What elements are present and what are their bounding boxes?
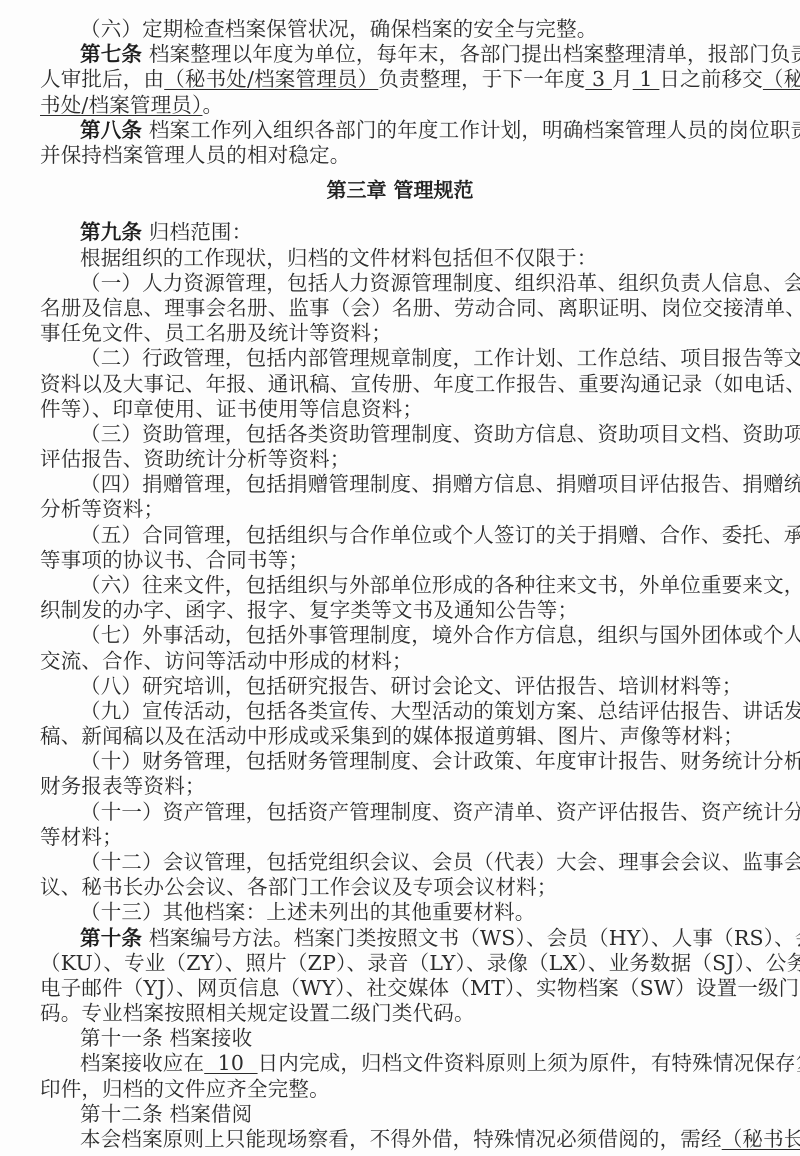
text: （六）往来文件，包括组织与外部单位形成的各种往来文书，外单位重要来文，组 (80, 573, 800, 597)
list-item-line: 织制发的办字、函字、报字、复字类等文书及通知公告等； (40, 597, 750, 623)
text: 码。专业档案按照相关规定设置二级门类代码。 (40, 1001, 475, 1025)
fill-in-blank: 书处/档案管理员） (40, 93, 202, 117)
text: 织制发的办字、函字、报字、复字类等文书及通知公告等； (40, 598, 578, 622)
article-7-line: 第七条 档案整理以年度为单位，每年末，各部门提出档案整理清单，报部门负责 (80, 41, 750, 67)
document-page: （六）定期检查档案保管状况，确保档案的安全与完整。 第七条 档案整理以年度为单位… (0, 0, 800, 1156)
text: （九）宣传活动，包括各类宣传、大型活动的策划方案、总结评估报告、讲话发言 (80, 699, 800, 723)
list-item-line: 等材料； (40, 824, 750, 850)
list-item-line: （八）研究培训，包括研究报告、研讨会论文、评估报告、培训材料等； (80, 673, 750, 699)
text: 稿、新闻稿以及在活动中形成或采集到的媒体报道剪辑、图片、声像等材料； (40, 724, 744, 748)
article-11-line: 第十一条 档案接收 (80, 1025, 750, 1051)
text: 月 (612, 67, 633, 91)
text: 档案接收应在 (80, 1051, 204, 1075)
article-12-line: 本会档案原则上只能现场察看，不得外借，特殊情况必须借阅的，需经（秘书长） (80, 1126, 750, 1152)
article-9-line: 第九条 归档范围： (80, 219, 750, 245)
list-item-line: 交流、合作、访问等活动中形成的材料； (40, 648, 750, 674)
list-item-line: 件等）、印章使用、证书使用等信息资料； (40, 396, 750, 422)
text: 名册及信息、理事会名册、监事（会）名册、劳动合同、离职证明、岗位交接清单、人 (40, 296, 800, 320)
text: （七）外事活动，包括外事管理制度，境外合作方信息，组织与国外团体或个人在 (80, 623, 800, 647)
list-item-line: （九）宣传活动，包括各类宣传、大型活动的策划方案、总结评估报告、讲话发言 (80, 698, 750, 724)
list-item-line: 资料以及大事记、年报、通讯稿、宣传册、年度工作报告、重要沟通记录（如电话、邮 (40, 371, 750, 397)
list-item-line: （三）资助管理，包括各类资助管理制度、资助方信息、资助项目文档、资助项目 (80, 421, 750, 447)
list-item-line: （一）人力资源管理，包括人力资源管理制度、组织沿革、组织负责人信息、会员 (80, 270, 750, 296)
article-label: 第十二条 (80, 1102, 163, 1126)
text: 等材料； (40, 825, 123, 849)
text: 档案整理以年度为单位，每年末，各部门提出档案整理清单，报部门负责 (142, 42, 800, 66)
text: （十二）会议管理，包括党组织会议、会员（代表）大会、理事会会议、监事会会 (80, 850, 800, 874)
text: （十一）资产管理，包括资产管理制度、资产清单、资产评估报告、资产统计分析 (80, 800, 800, 824)
article-10-line: 码。专业档案按照相关规定设置二级门类代码。 (40, 1000, 750, 1026)
text: （十三）其他档案：上述未列出的其他重要材料。 (80, 900, 535, 924)
fill-in-blank: （秘 (763, 67, 800, 91)
article-11-line: 档案接收应在 10 日内完成，归档文件资料原则上须为原件，有特殊情况保存复 (80, 1050, 750, 1076)
text: 人审批后，由 (40, 67, 164, 91)
text: 并保持档案管理人员的相对稳定。 (40, 143, 351, 167)
text: 归档范围： (142, 220, 252, 244)
article-11-line: 印件，归档的文件应齐全完整。 (40, 1076, 750, 1102)
paragraph-line: （六）定期检查档案保管状况，确保档案的安全与完整。 (80, 16, 750, 42)
text: 档案工作列入组织各部门的年度工作计划，明确档案管理人员的岗位职责， (142, 118, 800, 142)
list-item-line: （五）合同管理，包括组织与合作单位或个人签订的关于捐赠、合作、委托、承办 (80, 522, 750, 548)
text: 负责整理，于下一年度 (378, 67, 585, 91)
text: 日内完成，归档文件资料原则上须为原件，有特殊情况保存复 (258, 1051, 800, 1075)
fill-in-blank: （秘书长） (722, 1127, 800, 1151)
article-label: 第九条 (80, 220, 142, 244)
text: （KU）、专业（ZY）、照片（ZP）、录音（LY）、录像（LX）、业务数据（SJ… (40, 951, 800, 975)
list-item-line: 财务报表等资料； (40, 773, 750, 799)
text: 日之前移交 (659, 67, 763, 91)
fill-in-blank-month: 3 (585, 67, 612, 91)
article-8-line: 并保持档案管理人员的相对稳定。 (40, 142, 750, 168)
chapter-heading: 第三章 管理规范 (0, 177, 800, 203)
text: （四）捐赠管理，包括捐赠管理制度、捐赠方信息、捐赠项目评估报告、捐赠统计 (80, 472, 800, 496)
text: 评估报告、资助统计分析等资料； (40, 447, 351, 471)
text: 事任免文件、员工名册及统计等资料； (40, 321, 392, 345)
text: （三）资助管理，包括各类资助管理制度、资助方信息、资助项目文档、资助项目 (80, 422, 800, 446)
article-label: 第七条 (80, 42, 142, 66)
text: 等事项的协议书、合同书等； (40, 548, 309, 572)
list-item-line: （十二）会议管理，包括党组织会议、会员（代表）大会、理事会会议、监事会会 (80, 849, 750, 875)
fill-in-blank: （秘书处/档案管理员） (164, 67, 378, 91)
article-10-line: （KU）、专业（ZY）、照片（ZP）、录音（LY）、录像（LX）、业务数据（SJ… (40, 950, 750, 976)
list-item-line: （十三）其他档案：上述未列出的其他重要材料。 (80, 899, 750, 925)
text: 根据组织的工作现状，归档的文件材料包括但不仅限于： (80, 246, 598, 270)
text: 分析等资料； (40, 497, 164, 521)
list-item-line: 名册及信息、理事会名册、监事（会）名册、劳动合同、离职证明、岗位交接清单、人 (40, 295, 750, 321)
text: 档案编号方法。档案门类按照文书（WS）、会员（HY）、人事（RS）、会计 (142, 926, 800, 950)
article-10-line: 第十条 档案编号方法。档案门类按照文书（WS）、会员（HY）、人事（RS）、会计 (80, 925, 750, 951)
list-item-line: 等事项的协议书、合同书等； (40, 547, 750, 573)
article-7-line: 人审批后，由（秘书处/档案管理员）负责整理，于下一年度 3 月 1 日之前移交（… (40, 66, 750, 92)
text: 电子邮件（YJ）、网页信息（WY）、社交媒体（MT）、实物档案（SW）设置一级门… (40, 976, 800, 1000)
text: 资料以及大事记、年报、通讯稿、宣传册、年度工作报告、重要沟通记录（如电话、邮 (40, 372, 800, 396)
text: （五）合同管理，包括组织与合作单位或个人签订的关于捐赠、合作、委托、承办 (80, 523, 800, 547)
list-item-line: （十）财务管理，包括财务管理制度、会计政策、年度审计报告、财务统计分析、 (80, 748, 750, 774)
list-item-line: （十一）资产管理，包括资产管理制度、资产清单、资产评估报告、资产统计分析 (80, 799, 750, 825)
list-item-line: 事任免文件、员工名册及统计等资料； (40, 320, 750, 346)
list-item-line: 评估报告、资助统计分析等资料； (40, 446, 750, 472)
text: 议、秘书长办公会议、各部门工作会议及专项会议材料； (40, 875, 558, 899)
text: 财务报表等资料； (40, 774, 206, 798)
fill-in-blank-days: 10 (204, 1051, 257, 1075)
list-item-line: 议、秘书长办公会议、各部门工作会议及专项会议材料； (40, 874, 750, 900)
text: （一）人力资源管理，包括人力资源管理制度、组织沿革、组织负责人信息、会员 (80, 271, 800, 295)
text: （八）研究培训，包括研究报告、研讨会论文、评估报告、培训材料等； (80, 674, 742, 698)
paragraph-line: 根据组织的工作现状，归档的文件材料包括但不仅限于： (80, 245, 750, 271)
text: （十）财务管理，包括财务管理制度、会计政策、年度审计报告、财务统计分析、 (80, 749, 800, 773)
article-8-line: 第八条 档案工作列入组织各部门的年度工作计划，明确档案管理人员的岗位职责， (80, 117, 750, 143)
list-item-line: 分析等资料； (40, 496, 750, 522)
article-12-line: 第十二条 档案借阅 (80, 1101, 750, 1127)
list-item-line: （六）往来文件，包括组织与外部单位形成的各种往来文书，外单位重要来文，组 (80, 572, 750, 598)
article-10-line: 电子邮件（YJ）、网页信息（WY）、社交媒体（MT）、实物档案（SW）设置一级门… (40, 975, 750, 1001)
text: （二）行政管理，包括内部管理规章制度，工作计划、工作总结、项目报告等文件 (80, 346, 800, 370)
list-item-line: 稿、新闻稿以及在活动中形成或采集到的媒体报道剪辑、图片、声像等材料； (40, 723, 750, 749)
text: 交流、合作、访问等活动中形成的材料； (40, 649, 413, 673)
article-label: 第八条 (80, 118, 142, 142)
list-item-line: （七）外事活动，包括外事管理制度，境外合作方信息，组织与国外团体或个人在 (80, 622, 750, 648)
text: 件等）、印章使用、证书使用等信息资料； (40, 397, 423, 421)
article-label: 第十条 (80, 926, 142, 950)
text: （六）定期检查档案保管状况，确保档案的安全与完整。 (80, 17, 598, 41)
text: 档案借阅 (163, 1102, 253, 1126)
text: 印件，归档的文件应齐全完整。 (40, 1077, 330, 1101)
article-label: 第十一条 (80, 1026, 163, 1050)
text: 。 (202, 93, 223, 117)
text: 档案接收 (163, 1026, 253, 1050)
text: 本会档案原则上只能现场察看，不得外借，特殊情况必须借阅的，需经 (80, 1127, 722, 1151)
list-item-line: （二）行政管理，包括内部管理规章制度，工作计划、工作总结、项目报告等文件 (80, 345, 750, 371)
list-item-line: （四）捐赠管理，包括捐赠管理制度、捐赠方信息、捐赠项目评估报告、捐赠统计 (80, 471, 750, 497)
fill-in-blank-day: 1 (633, 67, 660, 91)
article-7-line: 书处/档案管理员）。 (40, 92, 750, 118)
